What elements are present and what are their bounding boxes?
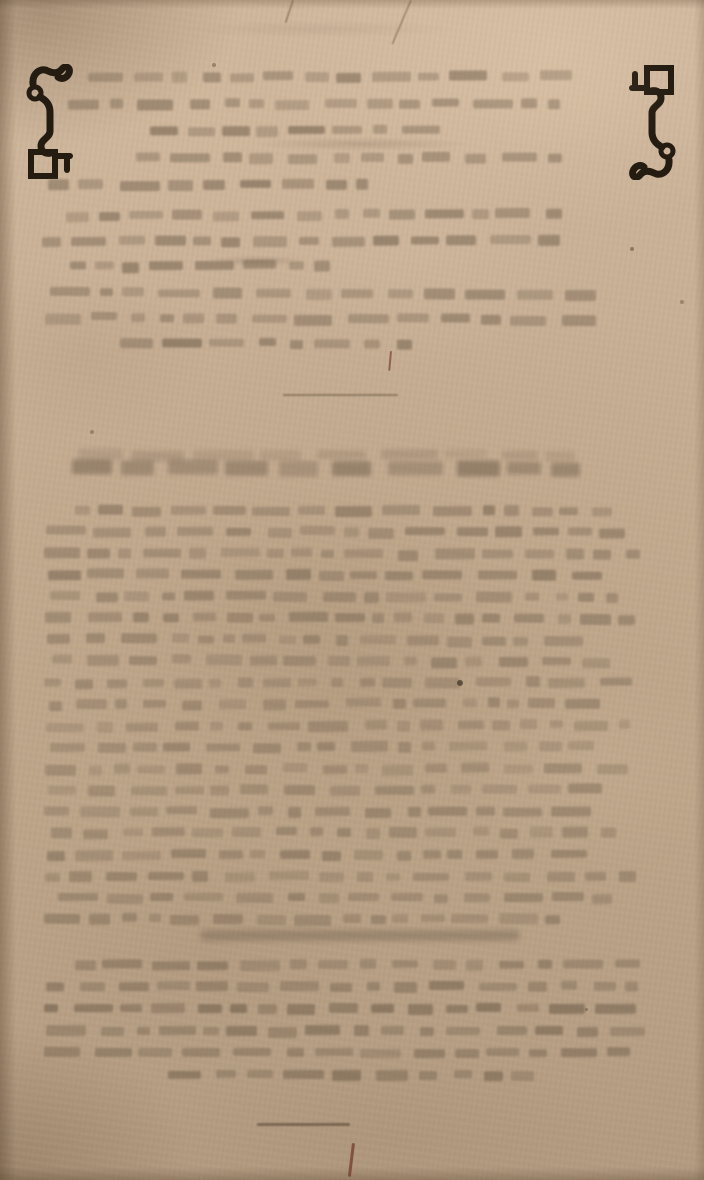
paper-stain	[255, 137, 470, 151]
page-marks-layer	[0, 0, 704, 1180]
paragraph-top-2-line	[42, 235, 560, 247]
ink-speck	[630, 247, 634, 251]
body-paragraph-main-line	[48, 784, 620, 795]
blurred-heading-line	[72, 460, 580, 477]
body-paragraph-main-line	[47, 634, 592, 646]
body-paragraph-main-line	[50, 591, 618, 603]
paper-mottle-texture	[0, 0, 704, 1180]
paragraph-top-1-line	[136, 153, 562, 164]
printer-ornament-top-left-icon	[24, 64, 76, 180]
body-paragraph-main-line	[44, 548, 640, 559]
paragraph-bottom-line	[46, 1026, 645, 1036]
body-paragraph-main-line	[52, 655, 626, 668]
scanned-page: Aged, yellow-brown scanned book page. Tw…	[0, 0, 704, 1180]
body-paragraph-main-line	[47, 850, 596, 860]
paragraph-top-3-line	[120, 338, 420, 350]
paper-stain	[180, 20, 460, 38]
body-paragraph-main-line	[45, 612, 635, 624]
paragraph-bottom-line	[44, 1004, 640, 1014]
paragraph-top-3-line	[45, 313, 610, 326]
printer-ornament-top-right-icon	[626, 64, 678, 180]
body-paragraph-main-line	[44, 806, 600, 817]
body-paragraph-main-line	[45, 872, 636, 882]
body-paragraph-main-line	[46, 527, 625, 538]
body-paragraph-main-line	[50, 741, 612, 753]
body-paragraph-main-line	[46, 720, 630, 732]
faded-text-area	[0, 0, 704, 1180]
ink-speck	[680, 300, 684, 304]
ink-speck	[457, 680, 463, 686]
paper-grain-texture	[0, 0, 704, 1180]
paragraph-bottom-line	[46, 982, 648, 993]
body-paragraph-main-line	[58, 893, 612, 903]
body-paragraph-main-line	[44, 914, 560, 924]
paper-stain	[60, 540, 620, 860]
body-paragraph-main-line	[51, 828, 616, 839]
paper-stain	[205, 255, 310, 267]
body-paragraph-main-line	[44, 676, 645, 689]
paragraph-top-1-line	[48, 180, 368, 190]
paragraph-top-1-line	[88, 71, 572, 83]
paragraph-top-2-line	[70, 260, 330, 271]
page-edge-shading-top	[0, 0, 704, 9]
body-paragraph-main-line	[45, 763, 640, 775]
ink-speck	[212, 63, 216, 67]
paragraph-bottom-line	[44, 1048, 630, 1058]
paragraph-top-2-line	[66, 209, 562, 222]
inked-smudge-line-line	[200, 930, 520, 941]
separator-rule	[283, 394, 398, 396]
body-paragraph-main-line	[49, 698, 606, 711]
paragraph-top-1-line	[150, 126, 452, 137]
paragraph-top-3-line	[50, 288, 600, 300]
page-edge-shading-right	[694, 0, 704, 1180]
ink-speck	[585, 1008, 588, 1011]
ink-speck	[90, 430, 94, 434]
crease-mark	[391, 0, 411, 44]
paragraph-top-1-line	[68, 98, 560, 110]
paragraph-bottom-line	[168, 1070, 540, 1080]
separator-rule	[257, 1123, 350, 1126]
body-paragraph-main-line	[48, 569, 602, 581]
page-edge-shading-bottom	[0, 1167, 704, 1180]
paragraph-bottom-line	[75, 960, 640, 971]
body-paragraph-main-line	[75, 506, 612, 517]
blurred-heading-line	[78, 449, 575, 461]
page-edge-shading-left	[0, 0, 16, 1180]
crease-mark	[285, 0, 294, 23]
pen-mark	[388, 351, 392, 371]
pen-mark	[348, 1143, 355, 1177]
